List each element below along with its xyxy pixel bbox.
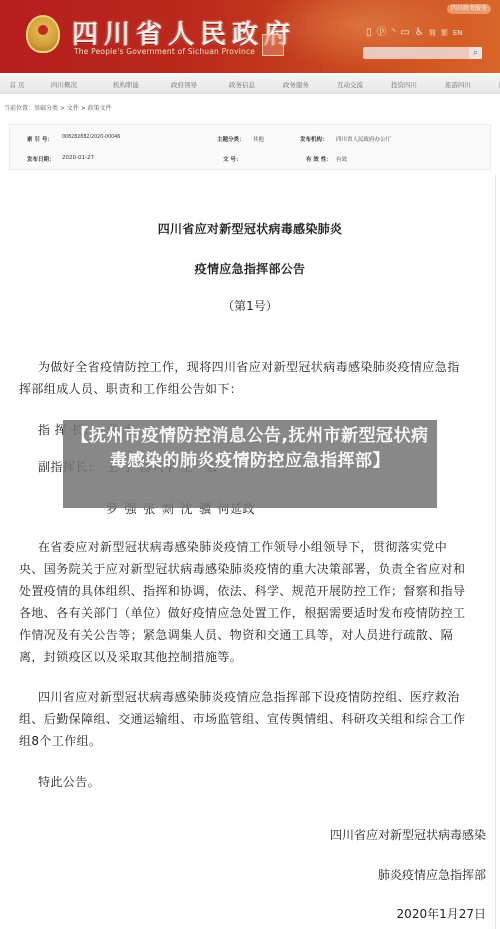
nav-item-info[interactable]: 政务信息 xyxy=(222,80,262,89)
document-title-line2: 疫情应急指挥部公告 xyxy=(0,260,500,277)
nav-item-interaction[interactable]: 互动交流 xyxy=(330,80,370,89)
groups-line: 组8个工作组。 xyxy=(19,732,101,749)
index-label: 索 引 号： xyxy=(27,135,53,143)
nav-item-invest[interactable]: 投资四川 xyxy=(384,80,424,89)
nav-item-leaders[interactable]: 政府领导 xyxy=(164,80,204,89)
validity-value: 有效 xyxy=(336,155,347,163)
issuer-label: 发布机构： xyxy=(300,135,328,143)
nav-item-home[interactable]: 首 页 xyxy=(6,80,28,89)
caption-text: 【抚州市疫情防控消息公告,抚州市新型冠状病毒感染的肺炎疫情防控应急指挥部】 xyxy=(63,424,437,474)
accessibility-icon[interactable]: ♿ xyxy=(415,27,424,39)
duties-line: 在省委应对新型冠状病毒感染肺炎疫情工作领导小组领导下，贯彻落实党中 xyxy=(38,538,447,555)
lang-english[interactable]: EN xyxy=(453,29,463,37)
lang-simplified[interactable]: 简 xyxy=(429,28,436,38)
document-meta-box: 索 引 号： 008282882/2020-00046 主题分类： 其他 发布机… xyxy=(9,124,491,170)
topic-value: 其他 xyxy=(253,135,264,143)
duties-line: 处置疫情的具体组织、指挥和协调，依法、科学、规范开展防控工作；督察和指导 xyxy=(19,582,465,599)
document-title-line1: 四川省应对新型冠状病毒感染肺炎 xyxy=(0,220,500,237)
intro-line2: 挥部组成人员、职责和工作组公告如下： xyxy=(19,380,242,397)
duties-line: 作情况及有关公告等；紧急调集人员、物资和交通工具等，对人员进行疏散、隔 xyxy=(19,626,453,643)
signature-date: 2020年1月27日 xyxy=(397,905,486,922)
signature-line1: 四川省应对新型冠状病毒感染 xyxy=(330,826,486,843)
topic-label: 主题分类： xyxy=(217,135,245,143)
duties-line: 各地、各有关部门（单位）做好疫情应急处置工作，根据需要适时发布疫情防控工 xyxy=(19,604,465,621)
qr-code-icon[interactable] xyxy=(262,34,284,56)
breadcrumb[interactable]: 当前位置：基础分类 > 文件 > 政策文件 xyxy=(4,103,112,112)
weibo-icon[interactable]: ⓟ xyxy=(377,27,387,39)
closing-text: 特此公告。 xyxy=(38,773,100,790)
search-input[interactable] xyxy=(363,47,473,59)
index-value: 008282882/2020-00046 xyxy=(62,135,120,140)
mobile-icon[interactable]: ▯ xyxy=(366,27,372,39)
intro-line1: 为做好全省疫情防控工作，现将四川省应对新型冠状病毒感染肺炎疫情应急指 xyxy=(38,358,460,375)
document-border xyxy=(495,175,496,929)
nav-item-agencies[interactable]: 机构职能 xyxy=(106,80,146,89)
nav-item-tourism[interactable]: 旅游四川 xyxy=(438,80,478,89)
search-icon[interactable]: ⌕ xyxy=(469,47,482,59)
date-value: 2020-01-27 xyxy=(62,155,94,161)
signature-line2: 肺炎疫情应急指挥部 xyxy=(378,866,486,883)
screen-icon[interactable]: ▭ xyxy=(400,27,409,39)
document-image: 四川省应对新型冠状病毒感染肺炎 疫情应急指挥部公告 （第1号） 为做好全省疫情防… xyxy=(0,175,500,929)
nav-item-sitemap[interactable]: 网站导航 xyxy=(492,80,500,89)
issuer-value: 四川省人民政府办公厅 xyxy=(336,135,391,143)
duties-line: 央、国务院关于应对新型冠状病毒感染肺炎疫情的重大决策部署，负责全省应对和 xyxy=(19,560,465,577)
lang-traditional[interactable]: 繁 xyxy=(441,28,448,38)
document-number: （第1号） xyxy=(0,297,500,314)
gov-service-badge[interactable]: 四川政务服务 xyxy=(447,4,491,14)
site-subtitle: The People's Government of Sichuan Provi… xyxy=(74,47,255,56)
header-tools: ▯ ⓟ ◝ ▭ ♿ 简 繁 EN xyxy=(366,27,462,39)
main-nav: 首 页 四川概况 机构职能 政府领导 政务信息 政务服务 互动交流 投资四川 旅… xyxy=(0,76,500,94)
validity-label: 有 效 性： xyxy=(306,155,332,163)
nav-item-overview[interactable]: 四川概况 xyxy=(44,80,84,89)
national-emblem-icon xyxy=(26,15,60,53)
site-header-banner: 四川省人民政府 The People's Government of Sichu… xyxy=(0,0,500,73)
nav-item-services[interactable]: 政务服务 xyxy=(276,80,316,89)
date-label: 发布日期： xyxy=(27,155,55,163)
duties-line: 离，封锁疫区以及采取其他控制措施等。 xyxy=(19,648,242,665)
docno-label: 文 号： xyxy=(223,155,241,163)
groups-line: 组、后勤保障组、交通运输组、市场监管组、宣传舆情组、科研攻关组和综合工作 xyxy=(19,710,465,727)
groups-line: 四川省应对新型冠状病毒感染肺炎疫情应急指挥部下设疫情防控组、医疗救治 xyxy=(38,688,460,705)
rss-icon[interactable]: ◝ xyxy=(392,27,396,39)
